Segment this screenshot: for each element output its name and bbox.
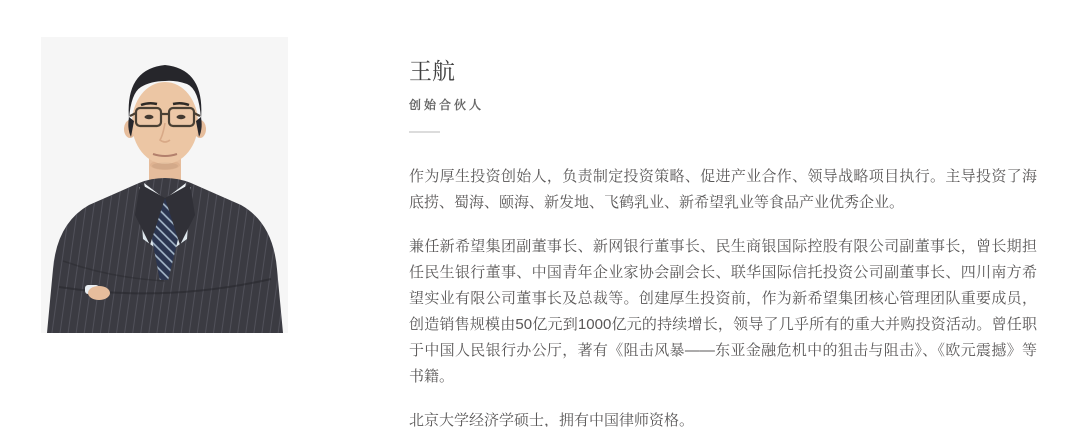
bio-paragraph-education: 北京大学经济学硕士，拥有中国律师资格。	[409, 408, 1037, 427]
profile-info: 王航 创始合伙人 作为厚生投资创始人，负责制定投资策略、促进产业合作、领导战略项…	[409, 0, 1037, 427]
profile-photo	[41, 37, 288, 333]
profile-name: 王航	[409, 0, 1037, 86]
profile-bio: 作为厚生投资创始人，负责制定投资策略、促进产业合作、领导战略项目执行。主导投资了…	[409, 164, 1037, 427]
profile-section: 王航 创始合伙人 作为厚生投资创始人，负责制定投资策略、促进产业合作、领导战略项…	[0, 0, 1080, 427]
profile-job-title: 创始合伙人	[409, 97, 1037, 113]
title-divider	[409, 131, 440, 133]
portrait-illustration	[41, 37, 288, 333]
bio-paragraph-positions: 兼任新希望集团副董事长、新网银行董事长、民生商银国际控股有限公司副董事长，曾长期…	[409, 234, 1037, 390]
bio-paragraph-investments: 作为厚生投资创始人，负责制定投资策略、促进产业合作、领导战略项目执行。主导投资了…	[409, 164, 1037, 216]
